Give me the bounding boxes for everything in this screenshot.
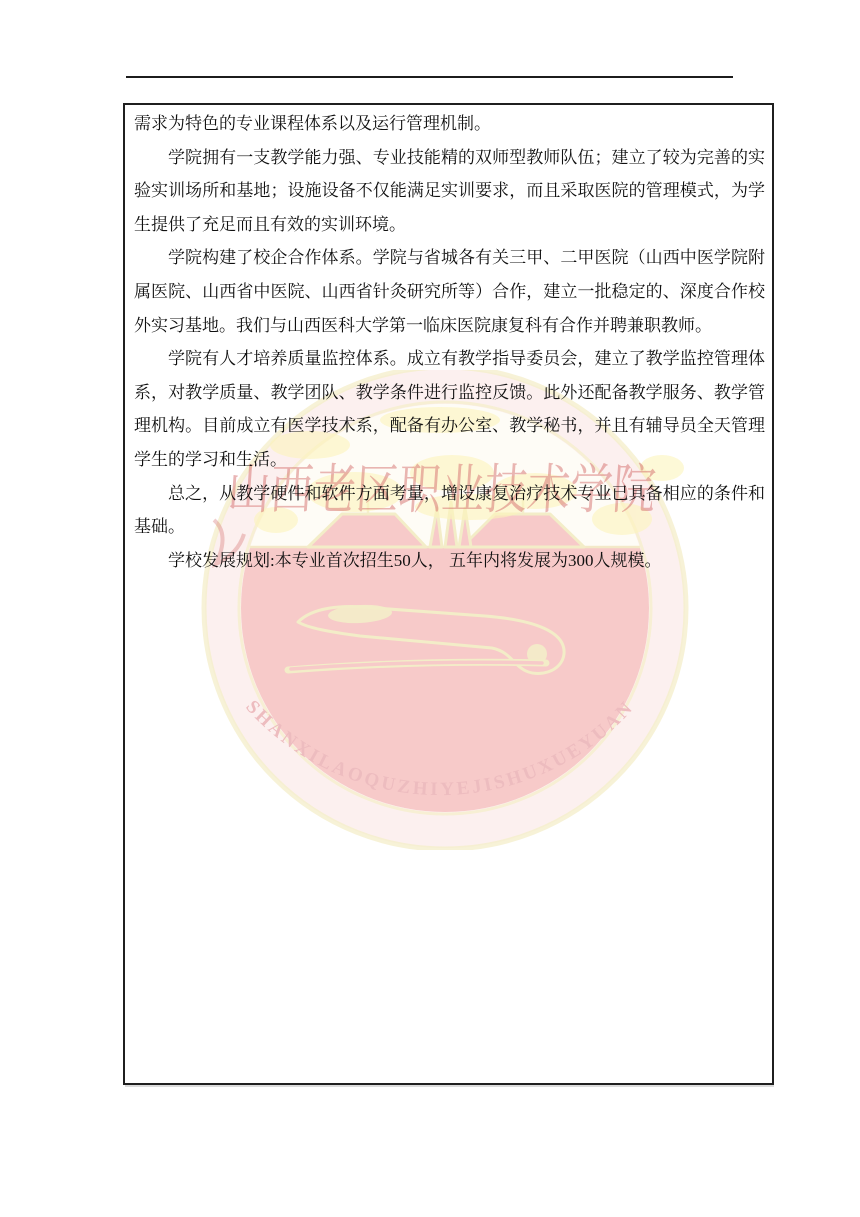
paragraph-2: 学院拥有一支教学能力强、专业技能精的双师型教师队伍；建立了较为完善的实验实训场所… [134, 141, 765, 242]
document-page: 山西老区职业技术学院 SHANXILAOQUZHIYEJISHUXUEYUAN … [0, 0, 860, 1217]
content-box: 需求为特色的专业课程体系以及运行管理机制。 学院拥有一支教学能力强、专业技能精的… [123, 103, 774, 1085]
paragraph-5: 总之，从教学硬件和软件方面考量，增设康复治疗技术专业已具备相应的条件和基础。 [134, 477, 765, 544]
paragraph-4: 学院有人才培养质量监控体系。成立有教学指导委员会，建立了教学监控管理体系，对教学… [134, 342, 765, 476]
paragraph-3: 学院构建了校企合作体系。学院与省城各有关三甲、二甲医院（山西中医学院附属医院、山… [134, 241, 765, 342]
paragraph-1: 需求为特色的专业课程体系以及运行管理机制。 [134, 107, 765, 141]
document-text: 需求为特色的专业课程体系以及运行管理机制。 学院拥有一支教学能力强、专业技能精的… [125, 105, 772, 1083]
header-rule [126, 76, 733, 78]
paragraph-6: 学校发展规划:本专业首次招生50人， 五年内将发展为300人规模。 [134, 544, 765, 578]
